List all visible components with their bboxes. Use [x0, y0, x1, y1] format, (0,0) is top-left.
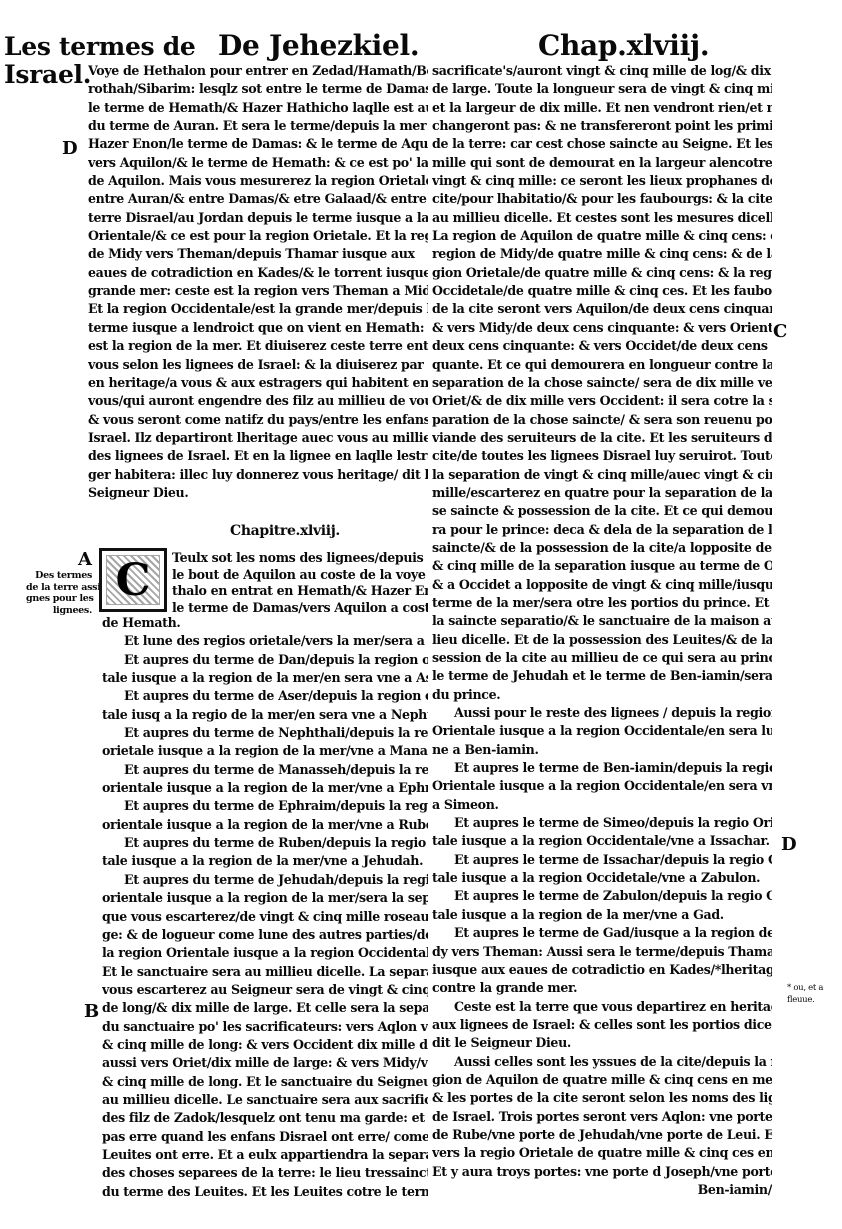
- text-line: Et aupres du terme de Nephthali/depuis l…: [102, 724, 428, 742]
- text-line: & cinq mille de long. Et le sanctuaire d…: [102, 1073, 428, 1091]
- text-line: le bout de Aquilon au coste de la voye d…: [172, 567, 428, 584]
- text-line: et la largeur de dix mille. Et nen vendr…: [432, 99, 772, 117]
- text-line: Et aupres du terme de Jehudah/depuis la …: [102, 871, 428, 889]
- text-line: Et la region Occidentale/est la grande m…: [88, 300, 428, 318]
- text-line: grande mer: ceste est la region vers The…: [88, 282, 428, 300]
- text-line: ger habitera: illec luy donnerez vous he…: [88, 466, 428, 484]
- text-line: Aussi pour le reste des lignees / depuis…: [432, 704, 772, 722]
- right-column-text: sacrificate's/auront vingt & cinq mille …: [432, 62, 772, 1199]
- text-line: Oriet/& de dix mille vers Occident: il s…: [432, 392, 772, 410]
- text-line: & cinq mille de long: & vers Occident di…: [102, 1036, 428, 1054]
- text-line: dy vers Theman: Aussi sera le terme/depu…: [432, 943, 772, 961]
- scanned-page: Les termes de Israel. De Jehezkiel. Chap…: [0, 0, 842, 1229]
- text-line: Ben-iamin/: [432, 1181, 772, 1199]
- text-line: aux lignees de Israel: & celles sont les…: [432, 1016, 772, 1034]
- text-line: le terme de Hemath/& Hazer Hathicho laql…: [88, 99, 428, 117]
- text-line: cite/de toutes les lignees Disrael luy s…: [432, 447, 772, 465]
- running-head-left-line2: Israel.: [4, 62, 91, 87]
- text-line: de large. Toute la longueur sera de ving…: [432, 80, 772, 98]
- running-head-left-line1: Les termes de: [4, 34, 196, 59]
- running-head-chapter: Chap.xlviij.: [538, 32, 709, 60]
- text-line: vous/qui auront engendre des filz au mil…: [88, 392, 428, 410]
- text-line: Et aupres le terme de Zabulon/depuis la …: [432, 887, 772, 905]
- margin-letter-d-right: D: [781, 836, 797, 854]
- text-line: region de Midy/de quatre mille & cinq ce…: [432, 245, 772, 263]
- decorated-initial-letter: C: [102, 555, 164, 607]
- text-line: Israel. Ilz departiront lheritage auec v…: [88, 429, 428, 447]
- text-line: & vous seront come natifz du pays/entre …: [88, 411, 428, 429]
- text-line: de la cite seront vers Aquilon/de deux c…: [432, 300, 772, 318]
- text-line: au millieu dicelle. Le sanctuaire sera a…: [102, 1091, 428, 1109]
- text-line: & les portes de la cite seront selon les…: [432, 1089, 772, 1107]
- text-line: Occidetale/de quatre mille & cinq ces. E…: [432, 282, 772, 300]
- text-line: rothah/Sibarim: lesqlz sot entre le term…: [88, 80, 428, 98]
- text-line: Et aupres le terme de Ben-iamin/depuis l…: [432, 759, 772, 777]
- text-line: Et aupres du terme de Manasseh/depuis la…: [102, 761, 428, 779]
- text-line: est la region de la mer. Et diuiserez ce…: [88, 337, 428, 355]
- text-line: orientale iusque a la region de la mer/v…: [102, 779, 428, 797]
- text-line: terme de la mer/sera otre les portios du…: [432, 594, 772, 612]
- text-line: gion de Aquilon de quatre mille & cinq c…: [432, 1071, 772, 1089]
- text-line: de Israel. Trois portes seront vers Aqlo…: [432, 1108, 772, 1126]
- text-line: vers Aquilon/& le terme de Hemath: & ce …: [88, 154, 428, 172]
- text-line: Et y aura troys portes: vne porte d Jose…: [432, 1163, 772, 1181]
- text-line: terre Disrael/au Jordan depuis le terme …: [88, 209, 428, 227]
- side-note-line: lignees.: [26, 605, 92, 617]
- decorated-initial: C: [99, 548, 167, 612]
- text-line: aussi vers Oriet/dix mille de large: & v…: [102, 1054, 428, 1072]
- text-line: Et le sanctuaire sera au millieu dicelle…: [102, 963, 428, 981]
- text-line: a Simeon.: [432, 796, 772, 814]
- text-line: vers la regio Orietale de quatre mille &…: [432, 1144, 772, 1162]
- text-line: sacrificate's/auront vingt & cinq mille …: [432, 62, 772, 80]
- text-line: se saincte & possession de la cite. Et c…: [432, 502, 772, 520]
- text-line: Aussi celles sont les yssues de la cite/…: [432, 1053, 772, 1071]
- text-line: terme iusque a lendroict que on vient en…: [88, 319, 428, 337]
- text-line: orietale iusque a la region de la mer/vn…: [102, 742, 428, 760]
- text-line: des choses separees de la terre: le lieu…: [102, 1164, 428, 1182]
- text-line: entre Auran/& entre Damas/& etre Galaad/…: [88, 190, 428, 208]
- text-line: le terme de Jehudah et le terme de Ben-i…: [432, 667, 772, 685]
- running-head-book-title: De Jehezkiel.: [218, 32, 419, 60]
- text-line: gion Orietale/de quatre mille & cinq cen…: [432, 264, 772, 282]
- left-column-bottom-text: de Hemath.Et lune des regios orietale/ve…: [102, 614, 428, 1201]
- text-line: La region de Aquilon de quatre mille & c…: [432, 227, 772, 245]
- text-line: tale iusque a la region de la mer/vne a …: [102, 852, 428, 870]
- text-line: lieu dicelle. Et de la possession des Le…: [432, 631, 772, 649]
- text-line: ne a Ben-iamin.: [432, 741, 772, 759]
- margin-letter-a: A: [78, 551, 92, 569]
- side-note-line: fleuue.: [787, 995, 823, 1007]
- text-line: du terme des Leuites. Et les Leuites cot…: [102, 1183, 428, 1201]
- text-line: Et aupres le terme de Issachar/depuis la…: [432, 851, 772, 869]
- text-line: Orientale iusque a la region Occidentale…: [432, 722, 772, 740]
- chapter-heading-wrap: Chapitre.xlviij.: [102, 522, 428, 540]
- text-line: tale iusque a la region Occidetale/vne a…: [432, 869, 772, 887]
- text-line: que vous escarterez/de vingt & cinq mill…: [102, 908, 428, 926]
- text-line: Seigneur Dieu.: [88, 484, 428, 502]
- side-note-left: Des termes de la terre assi- gnes pour l…: [26, 570, 92, 616]
- text-line: vous escarterez au Seigneur sera de ving…: [102, 981, 428, 999]
- text-line: mille/escarterez en quatre pour la separ…: [432, 484, 772, 502]
- margin-letter-c: C: [773, 323, 787, 341]
- text-line: quante. Et ce qui demourera en longueur …: [432, 356, 772, 374]
- text-line: changeront pas: & ne transfereront point…: [432, 117, 772, 135]
- side-note-line: gnes pour les: [26, 593, 92, 605]
- side-note-line: * ou, et a: [787, 983, 823, 995]
- text-line: des filz de Zadok/lesquelz ont tenu ma g…: [102, 1109, 428, 1127]
- text-line: Et aupres du terme de Ruben/depuis la re…: [102, 834, 428, 852]
- text-line: contre la grande mer.: [432, 979, 772, 997]
- text-line: de Aquilon. Mais vous mesurerez la regio…: [88, 172, 428, 190]
- text-line: tale iusque a la region Occidentale/vne …: [432, 832, 772, 850]
- text-line: des lignees de Israel. Et en la lignee e…: [88, 447, 428, 465]
- text-line: Teulx sot les noms des lignees/depuis: [172, 550, 428, 567]
- side-note-right: * ou, et a fleuue.: [787, 983, 823, 1006]
- text-line: ge: & de logueur come lune des autres pa…: [102, 926, 428, 944]
- text-line: la separation de vingt & cinq mille/auec…: [432, 466, 772, 484]
- chapter-heading: Chapitre.xlviij.: [102, 522, 428, 540]
- text-line: de long/& dix mille de large. Et celle s…: [102, 999, 428, 1017]
- text-line: la saincte separatio/& le sanctuaire de …: [432, 612, 772, 630]
- text-line: Orientale/& ce est pour la region Orieta…: [88, 227, 428, 245]
- text-line: du sanctuaire po' les sacrificateurs: ve…: [102, 1018, 428, 1036]
- text-line: de Midy vers Theman/depuis Thamar iusque…: [88, 245, 428, 263]
- text-line: & cinq mille de la separation iusque au …: [432, 557, 772, 575]
- text-line: Et aupres le terme de Gad/iusque a la re…: [432, 924, 772, 942]
- margin-letter-d: D: [62, 140, 78, 158]
- text-line: separation de la chose saincte/ sera de …: [432, 374, 772, 392]
- side-note-line: Des termes: [26, 570, 92, 582]
- text-line: vingt & cinq mille: ce seront les lieux …: [432, 172, 772, 190]
- text-line: orientale iusque a la region de la mer/s…: [102, 889, 428, 907]
- text-line: Et aupres du terme de Dan/depuis la regi…: [102, 651, 428, 669]
- text-line: mille qui sont de demourat en la largeur…: [432, 154, 772, 172]
- text-line: Ceste est la terre que vous departirez e…: [432, 998, 772, 1016]
- left-column-top-text: Voye de Hethalon pour entrer en Zedad/Ha…: [88, 62, 428, 502]
- text-line: Orientale iusque a la region Occidentale…: [432, 777, 772, 795]
- text-line: iusque aux eaues de cotradictio en Kades…: [432, 961, 772, 979]
- text-line: la region Orientale iusque a la region O…: [102, 944, 428, 962]
- text-line: session de la cite au millieu de ce qui …: [432, 649, 772, 667]
- text-line: de Rube/vne porte de Jehudah/vne porte d…: [432, 1126, 772, 1144]
- text-line: saincte/& de la possession de la cite/a …: [432, 539, 772, 557]
- text-line: tale iusq a la regio de la mer/en sera v…: [102, 706, 428, 724]
- text-line: deux cens cinquante: & vers Occidet/de d…: [432, 337, 772, 355]
- text-line: & a Occidet a lopposite de vingt & cinq …: [432, 576, 772, 594]
- text-line: au millieu dicelle. Et cestes sont les m…: [432, 209, 772, 227]
- text-line: en heritage/a vous & aux estragers qui h…: [88, 374, 428, 392]
- text-line: Voye de Hethalon pour entrer en Zedad/Ha…: [88, 62, 428, 80]
- text-line: Et lune des regios orietale/vers la mer/…: [102, 632, 428, 650]
- text-line: pas erre quand les enfans Disrael ont er…: [102, 1128, 428, 1146]
- text-line: tale iusque a la region de la mer/vne a …: [432, 906, 772, 924]
- text-line: Et aupres le terme de Simeo/depuis la re…: [432, 814, 772, 832]
- text-line: Et aupres du terme de Ephraim/depuis la …: [102, 797, 428, 815]
- text-line: orientale iusque a la region de la mer/v…: [102, 816, 428, 834]
- text-line: eaues de cotradiction en Kades/& le torr…: [88, 264, 428, 282]
- text-line: cite/pour lhabitatio/& pour les faubourg…: [432, 190, 772, 208]
- text-line: thalo en entrat en Hemath/& Hazer Enon/: [172, 583, 428, 600]
- text-line: du prince.: [432, 686, 772, 704]
- margin-letter-b: B: [84, 1003, 99, 1021]
- text-line: Leuites ont erre. Et a eulx appartiendra…: [102, 1146, 428, 1164]
- text-line: dit le Seigneur Dieu.: [432, 1034, 772, 1052]
- side-note-line: de la terre assi-: [26, 582, 92, 594]
- text-line: du terme de Auran. Et sera le terme/depu…: [88, 117, 428, 135]
- dropcap-paragraph: Teulx sot les noms des lignees/depuis le…: [172, 550, 428, 616]
- text-line: Hazer Enon/le terme de Damas: & le terme…: [88, 135, 428, 153]
- text-line: vous selon les lignees de Israel: & la d…: [88, 356, 428, 374]
- text-line: & vers Midy/de deux cens cinquante: & ve…: [432, 319, 772, 337]
- text-line: de Hemath.: [102, 614, 428, 632]
- text-line: Et aupres du terme de Aser/depuis la reg…: [102, 687, 428, 705]
- text-line: paration de la chose saincte/ & sera son…: [432, 411, 772, 429]
- text-line: tale iusque a la region de la mer/en ser…: [102, 669, 428, 687]
- text-line: ra pour le prince: deca & dela de la sep…: [432, 521, 772, 539]
- text-line: de la terre: car cest chose saincte au S…: [432, 135, 772, 153]
- text-line: viande des seruiteurs de la cite. Et les…: [432, 429, 772, 447]
